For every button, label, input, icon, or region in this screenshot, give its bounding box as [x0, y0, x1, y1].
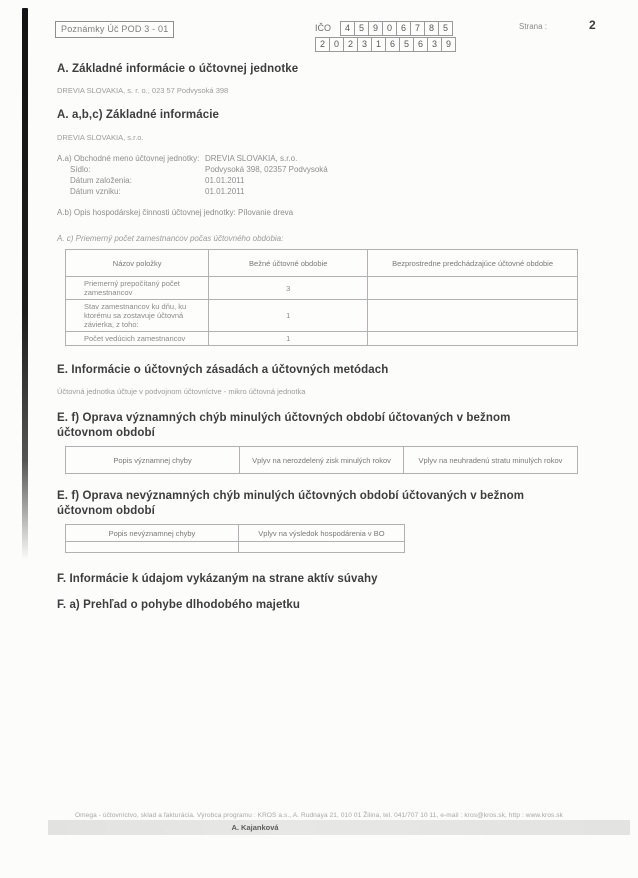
- significant-errors-table: Popis významnej chyby Vplyv na nerozdele…: [65, 446, 578, 474]
- field-label: Sídlo:: [57, 165, 205, 175]
- dic-digit: 6: [413, 37, 428, 52]
- dic-digit: 5: [399, 37, 414, 52]
- company-name-line: DREVIA SLOVAKIA, s.r.o.: [57, 133, 578, 142]
- dic-digit-boxes: 2 0 2 3 1 6 5 6 3 9: [315, 37, 456, 52]
- section-ef-insignificant-title: E. f) Oprava nevýznamných chýb minulých …: [57, 489, 562, 519]
- dic-row: DIČ 2 0 2 3 1 6 5 6 3 9: [315, 36, 456, 52]
- ico-digit: 5: [438, 21, 453, 36]
- row-previous-value: [368, 332, 578, 346]
- table-header-row: Popis nevýznamnej chyby Vplyv na výsledo…: [66, 525, 405, 542]
- dic-digit: 2: [343, 37, 358, 52]
- employees-caption-line: A. c) Priemerný počet zamestnancov počas…: [57, 234, 578, 243]
- dic-digit: 6: [385, 37, 400, 52]
- row-name: Počet vedúcich zamestnancov: [66, 332, 209, 346]
- form-title-box: Poznámky Úč POD 3 - 01: [55, 21, 174, 38]
- field-value: Podvysoká 398, 02357 Podvysoká: [205, 165, 328, 175]
- insignificant-errors-table: Popis nevýznamnej chyby Vplyv na výsledo…: [65, 524, 405, 553]
- ico-digit: 7: [410, 21, 425, 36]
- field-value: 01.01.2011: [205, 187, 244, 197]
- section-a-abc-title: A. a,b,c) Základné informácie: [57, 108, 578, 122]
- footer-signature: A. Kajanková: [55, 823, 455, 832]
- dic-digit: 1: [371, 37, 386, 52]
- field-value: 01.01.2011: [205, 176, 244, 186]
- column-header: Názov položky: [66, 250, 209, 277]
- table-header-row: Popis významnej chyby Vplyv na nerozdele…: [66, 447, 578, 474]
- ico-digit: 6: [396, 21, 411, 36]
- employees-table: Názov položky Bežné účtovné obdobie Bezp…: [65, 249, 578, 346]
- field-row: Dátum založenia: 01.01.2011: [57, 176, 578, 186]
- table-empty-row: [66, 542, 405, 553]
- dic-digit: 3: [357, 37, 372, 52]
- section-fa-title: F. a) Prehľad o pohybe dlhodobého majetk…: [57, 598, 578, 612]
- row-name: Priemerný prepočítaný počet zamestnancov: [66, 277, 209, 300]
- row-current-value: 3: [209, 277, 368, 300]
- column-header: Bežné účtovné obdobie: [209, 250, 368, 277]
- page-content: Poznámky Úč POD 3 - 01 IČO 4 5 9 0 6 7 8…: [57, 0, 578, 612]
- section-ef-significant-title: E. f) Oprava významných chýb minulých úč…: [57, 411, 562, 441]
- dic-digit: 3: [427, 37, 442, 52]
- row-current-value: 1: [209, 332, 368, 346]
- empty-cell: [66, 542, 239, 553]
- column-header: Vplyv na výsledok hospodárenia v BO: [238, 525, 404, 542]
- ico-digit: 8: [424, 21, 439, 36]
- row-previous-value: [368, 300, 578, 332]
- page-number-value: 2: [589, 18, 596, 32]
- empty-cell: [238, 542, 404, 553]
- ico-digit-boxes: 4 5 9 0 6 7 8 5: [341, 21, 453, 36]
- ico-digit: 0: [382, 21, 397, 36]
- column-header: Popis nevýznamnej chyby: [66, 525, 239, 542]
- field-label: A.a) Obchodné meno účtovnej jednotky:: [57, 154, 205, 164]
- page-header: Poznámky Úč POD 3 - 01 IČO 4 5 9 0 6 7 8…: [57, 0, 578, 58]
- footer-credits: Omega - účtovníctvo, sklad a fakturácia.…: [0, 812, 638, 819]
- table-row: Stav zamestnancov ku dňu, ku ktorému sa …: [66, 300, 578, 332]
- dic-digit: 0: [329, 37, 344, 52]
- dic-digit: 9: [441, 37, 456, 52]
- ico-label: IČO: [315, 23, 341, 33]
- activity-description-line: A.b) Opis hospodárskej činnosti účtovnej…: [57, 208, 578, 217]
- ico-row: IČO 4 5 9 0 6 7 8 5: [315, 20, 456, 36]
- dic-digit: 2: [315, 37, 330, 52]
- field-row: Sídlo: Podvysoká 398, 02357 Podvysoká: [57, 165, 578, 175]
- section-e-note: Účtovná jednotka účtuje v podvojnom účto…: [57, 387, 578, 396]
- table-header-row: Názov položky Bežné účtovné obdobie Bezp…: [66, 250, 578, 277]
- column-header: Vplyv na nerozdelený zisk minulých rokov: [240, 447, 404, 474]
- column-header: Bezprostredne predchádzajúce účtovné obd…: [368, 250, 578, 277]
- ico-digit: 5: [354, 21, 369, 36]
- table-row: Počet vedúcich zamestnancov 1: [66, 332, 578, 346]
- field-value: DREVIA SLOVAKIA, s.r.o.: [205, 154, 297, 164]
- row-name: Stav zamestnancov ku dňu, ku ktorému sa …: [66, 300, 209, 332]
- company-info-fields: A.a) Obchodné meno účtovnej jednotky: DR…: [57, 154, 578, 197]
- page-number-label: Strana :: [519, 22, 547, 31]
- table-row: Priemerný prepočítaný počet zamestnancov…: [66, 277, 578, 300]
- section-a-title: A. Základné informácie o účtovnej jednot…: [57, 62, 578, 76]
- section-f-title: F. Informácie k údajom vykázaným na stra…: [57, 572, 578, 586]
- ico-digit: 4: [340, 21, 355, 36]
- section-a-subtitle: DREVIA SLOVAKIA, s. r. o., 023 57 Podvys…: [57, 86, 578, 95]
- field-row: A.a) Obchodné meno účtovnej jednotky: DR…: [57, 154, 578, 164]
- document-page: Poznámky Úč POD 3 - 01 IČO 4 5 9 0 6 7 8…: [0, 0, 638, 878]
- column-header: Vplyv na neuhradenú stratu minulých roko…: [403, 447, 577, 474]
- section-e-title: E. Informácie o účtovných zásadách a účt…: [57, 363, 578, 377]
- ico-digit: 9: [368, 21, 383, 36]
- row-current-value: 1: [209, 300, 368, 332]
- id-numbers-block: IČO 4 5 9 0 6 7 8 5 DIČ 2: [315, 20, 456, 52]
- scan-artifact-left-bar: [22, 8, 28, 560]
- field-label: Dátum vzniku:: [57, 187, 205, 197]
- column-header: Popis významnej chyby: [66, 447, 240, 474]
- row-previous-value: [368, 277, 578, 300]
- field-row: Dátum vzniku: 01.01.2011: [57, 187, 578, 197]
- field-label: Dátum založenia:: [57, 176, 205, 186]
